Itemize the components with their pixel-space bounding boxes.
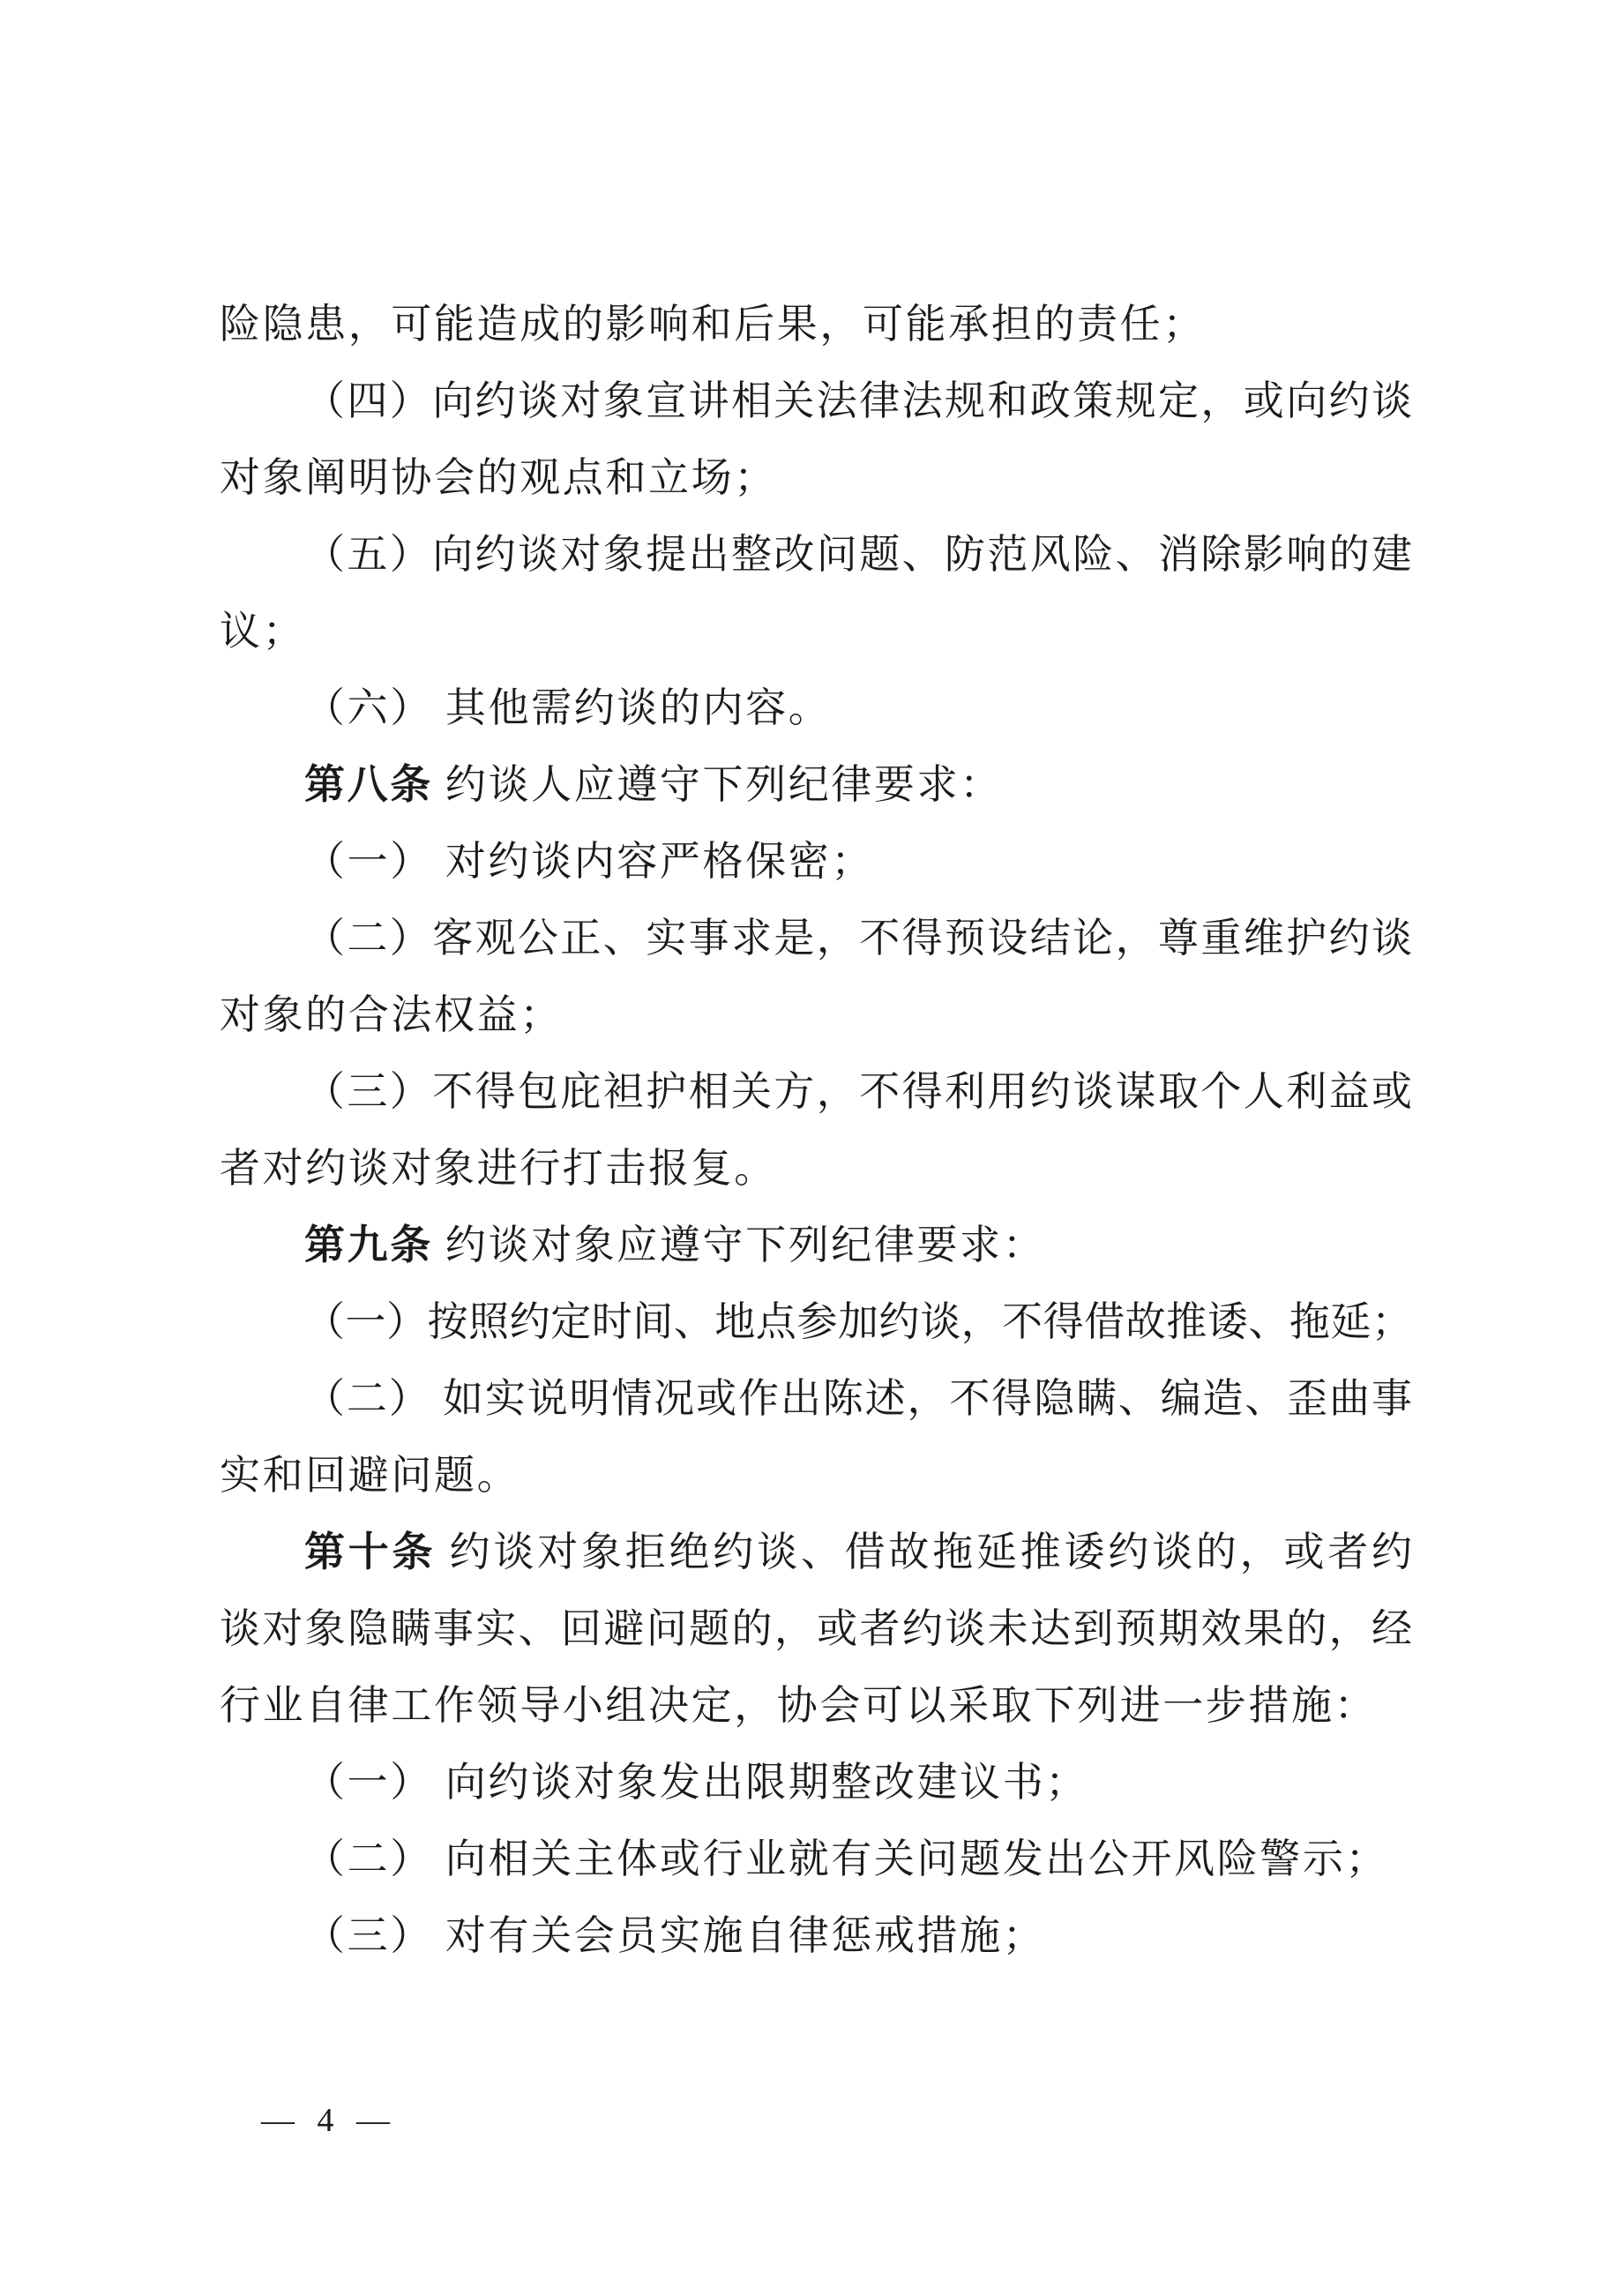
text-line: （二）客观公正、实事求是，不得预设结论，尊重维护约谈 [220,900,1412,976]
text-line: 第九条 约谈对象应遵守下列纪律要求： [220,1207,1412,1283]
text-line: 行业自律工作领导小组决定，协会可以采取下列进一步措施： [220,1667,1412,1744]
text-line: （一）按照约定时间、地点参加约谈，不得借故推诿、拖延； [220,1283,1412,1360]
article-number: 第十条 [304,1529,436,1574]
text-line: 实和回避问题。 [220,1437,1412,1514]
text-line: 对象的合法权益； [220,976,1412,1053]
text-line: （四）向约谈对象宣讲相关法律法规和政策规定，或向约谈 [220,363,1412,439]
text-line: 第十条 约谈对象拒绝约谈、借故拖延推诿约谈的，或者约 [220,1514,1412,1590]
text-line: （三） 对有关会员实施自律惩戒措施； [220,1897,1412,1974]
page-number: — 4 — [261,2101,397,2140]
article-number: 第八条 [304,762,433,807]
text-line: 对象阐明协会的观点和立场； [220,439,1412,516]
document-page: 险隐患，可能造成的影响和后果，可能承担的责任；（四）向约谈对象宣讲相关法律法规和… [0,0,1622,2296]
text-line: （六） 其他需约谈的内容。 [220,669,1412,746]
text-line: 谈对象隐瞒事实、回避问题的，或者约谈未达到预期效果的，经 [220,1590,1412,1667]
text-line: 者对约谈对象进行打击报复。 [220,1130,1412,1207]
article-number: 第九条 [304,1223,433,1268]
text-line: 第八条 约谈人应遵守下列纪律要求： [220,746,1412,823]
document-text: 险隐患，可能造成的影响和后果，可能承担的责任；（四）向约谈对象宣讲相关法律法规和… [220,286,1412,1974]
text-line: （二） 向相关主体或行业就有关问题发出公开风险警示； [220,1821,1412,1897]
text-line: （五）向约谈对象提出整改问题、防范风险、消除影响的建 [220,516,1412,593]
text-line: （二） 如实说明情况或作出陈述，不得隐瞒、编造、歪曲事 [220,1360,1412,1437]
text-line: 议； [220,593,1412,669]
text-line: 险隐患，可能造成的影响和后果，可能承担的责任； [220,286,1412,363]
text-line: （一） 向约谈对象发出限期整改建议书； [220,1744,1412,1821]
text-line: （三）不得包庇袒护相关方，不得利用约谈谋取个人利益或 [220,1053,1412,1130]
text-line: （一） 对约谈内容严格保密； [220,823,1412,900]
